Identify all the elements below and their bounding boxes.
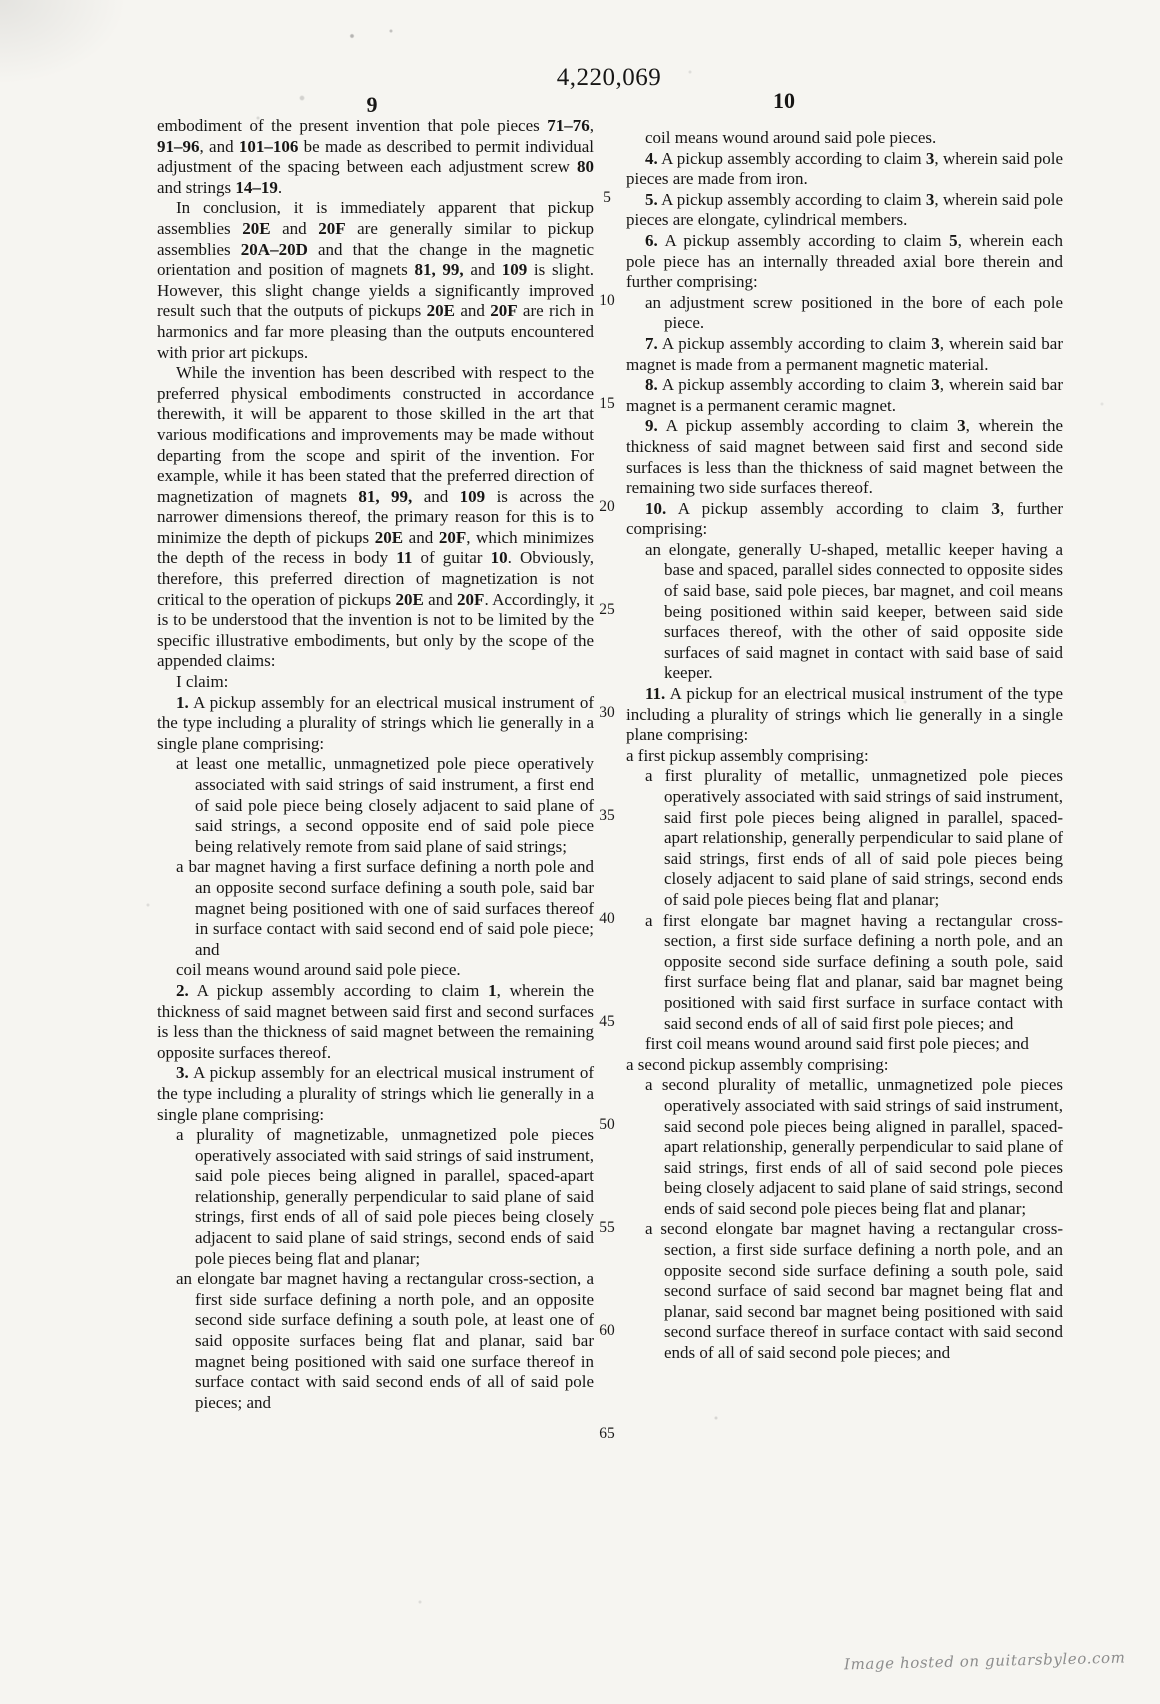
text-block: a bar magnet having a first surface defi… — [157, 857, 594, 960]
text-block: 6. A pickup assembly according to claim … — [626, 231, 1063, 293]
text-block: In conclusion, it is immediately apparen… — [157, 198, 594, 363]
text-block: a first pickup assembly comprising: — [626, 746, 1063, 767]
column-line-number: 25 — [589, 601, 625, 619]
column-line-number: 15 — [589, 395, 625, 413]
text-block: an elongate, generally U-shaped, metalli… — [626, 540, 1063, 684]
text-block: 1. A pickup assembly for an electrical m… — [157, 693, 594, 755]
column-number-left: 9 — [350, 92, 394, 118]
text-block: While the invention has been described w… — [157, 363, 594, 672]
text-block: a second plurality of metallic, unmagnet… — [626, 1075, 1063, 1219]
text-block: embodiment of the present invention that… — [157, 116, 594, 198]
text-block: 8. A pickup assembly according to claim … — [626, 375, 1063, 416]
column-line-number: 10 — [589, 292, 625, 310]
column-line-number: 20 — [589, 498, 625, 516]
patent-page: 4,220,069 9 10 embodiment of the present… — [0, 0, 1160, 1704]
text-block: an adjustment screw positioned in the bo… — [626, 293, 1063, 334]
column-line-number: 45 — [589, 1013, 625, 1031]
text-block: 3. A pickup assembly for an electrical m… — [157, 1063, 594, 1125]
text-block: a second pickup assembly comprising: — [626, 1055, 1063, 1076]
text-block: 5. A pickup assembly according to claim … — [626, 190, 1063, 231]
text-block: 11. A pickup for an electrical musical i… — [626, 684, 1063, 746]
text-block: a second elongate bar magnet having a re… — [626, 1219, 1063, 1363]
text-block: an elongate bar magnet having a rectangu… — [157, 1269, 594, 1413]
column-line-number: 50 — [589, 1116, 625, 1134]
column-9-text: embodiment of the present invention that… — [157, 116, 594, 1413]
text-block: 2. A pickup assembly according to claim … — [157, 981, 594, 1063]
text-block: a first elongate bar magnet having a rec… — [626, 911, 1063, 1035]
watermark-text: Image hosted on guitarsbyleo.com — [844, 1649, 1126, 1674]
column-line-number: 35 — [589, 807, 625, 825]
text-block: 9. A pickup assembly according to claim … — [626, 416, 1063, 498]
text-block: coil means wound around said pole pieces… — [626, 128, 1063, 149]
patent-number: 4,220,069 — [516, 64, 702, 92]
column-line-number: 30 — [589, 704, 625, 722]
column-line-number: 40 — [589, 910, 625, 928]
text-block: coil means wound around said pole piece. — [157, 960, 594, 981]
column-line-number: 60 — [589, 1322, 625, 1340]
column-line-number: 5 — [589, 189, 625, 207]
text-block: 10. A pickup assembly according to claim… — [626, 499, 1063, 540]
text-block: at least one metallic, unmagnetized pole… — [157, 754, 594, 857]
column-number-right: 10 — [760, 88, 808, 114]
text-block: a plurality of magnetizable, unmagnetize… — [157, 1125, 594, 1269]
column-10-text: coil means wound around said pole pieces… — [626, 128, 1063, 1364]
text-block: first coil means wound around said first… — [626, 1034, 1063, 1055]
text-block: 7. A pickup assembly according to claim … — [626, 334, 1063, 375]
text-block: a first plurality of metallic, unmagneti… — [626, 766, 1063, 910]
column-line-number: 55 — [589, 1219, 625, 1237]
text-block: I claim: — [157, 672, 594, 693]
text-block: 4. A pickup assembly according to claim … — [626, 149, 1063, 190]
column-line-number: 65 — [589, 1425, 625, 1443]
